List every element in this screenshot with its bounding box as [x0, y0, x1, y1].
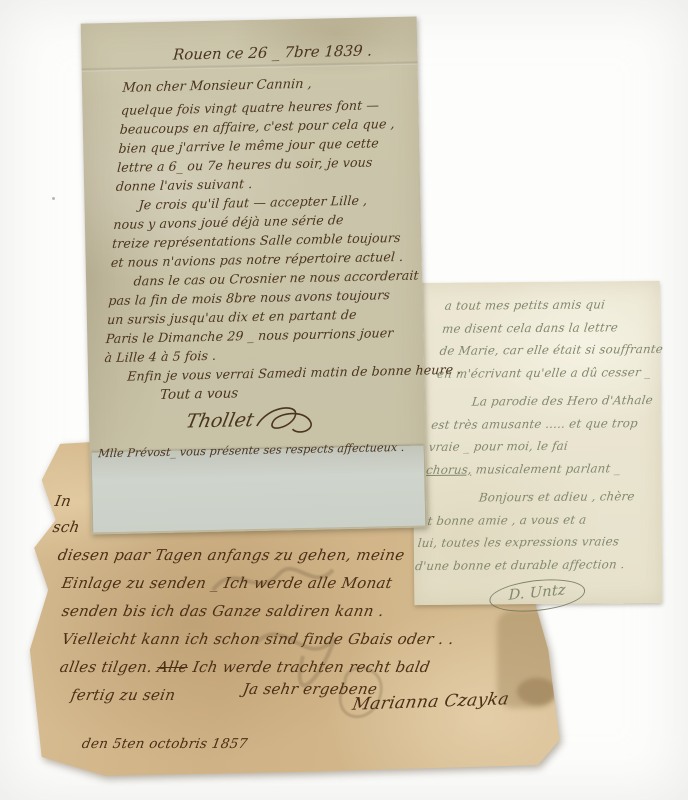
- letter-body: Rouen ce 26 _ 7bre 1839 . Mon cher Monsi…: [98, 40, 421, 460]
- letter-dateline: den 5ten octobris 1857: [81, 736, 249, 752]
- letter-body: a tout mes petits amis qui me disent cel…: [410, 293, 675, 612]
- letter-line-fragment: In: [53, 492, 72, 510]
- letter-line: vraie _ pour moi, le fai: [427, 434, 659, 459]
- letter-line: me disent cela dans la lettre: [441, 315, 673, 340]
- letter-line: a tout mes petits amis qui: [444, 293, 676, 318]
- letter-line: La parodie des Hero d'Athale: [433, 389, 665, 414]
- letter-line: lui, toutes les expressions vraies: [417, 530, 649, 555]
- letter-line: est très amusante ..... et que trop: [430, 411, 662, 436]
- letter-french-rouen-1839: Rouen ce 26 _ 7bre 1839 . Mon cher Monsi…: [81, 17, 428, 535]
- letter-line: chorus, musicalement parlant _: [425, 456, 657, 481]
- signature-row: D. Untz: [488, 579, 642, 611]
- letter-line-part: alles tilgen.: [58, 658, 159, 676]
- letter-dateline: Rouen ce 26 _ 7bre 1839 .: [124, 40, 421, 64]
- signature: D. Untz: [489, 576, 585, 615]
- letter-line: en m'écrivant qu'elle a dû cesser _: [436, 360, 668, 385]
- letter-french-cream: a tout mes petits amis qui me disent cel…: [412, 281, 663, 605]
- letter-salutation: Mon cher Monsieur Cannin ,: [122, 75, 419, 96]
- letter-line: Vielleicht kann ich schon sind finde Gba…: [60, 630, 455, 648]
- letter-line-fragment: sch: [51, 518, 81, 536]
- signature-flourish-icon: [252, 401, 318, 438]
- ink-stain: [517, 678, 557, 705]
- signature-row: Thollet: [185, 399, 397, 439]
- letter-line: Bonjours et adieu , chère: [422, 485, 654, 510]
- letter-line: de Marie, car elle était si souffrante: [438, 338, 670, 363]
- letter-line: diesen paar Tagen anfangs zu gehen, mein…: [56, 546, 406, 564]
- photograph-background: In sch diesen paar Tagen anfangs zu gehe…: [0, 0, 688, 800]
- letter-line: Einlage zu senden _ Ich werde alle Monat: [60, 574, 393, 592]
- letter-line: fertig zu sein: [69, 686, 177, 704]
- letter-line-part: Ich werde trachten recht bald: [191, 658, 431, 676]
- struck-word: Alle: [156, 658, 190, 676]
- letter-line: alles tilgen. Alle Ich werde trachten re…: [58, 658, 431, 676]
- signature: Thollet: [184, 409, 256, 433]
- letter-line: et bonne amie , a vous et a: [419, 508, 651, 533]
- underlined-word: chorus,: [425, 462, 472, 476]
- dust-speck: [52, 197, 55, 200]
- signature: Marianna Czayka: [351, 689, 511, 714]
- letter-line-part: musicalement parlant _: [475, 461, 621, 476]
- letter-line: d'une bonne et durable affection .: [414, 553, 646, 578]
- letter-line: senden bis ich das Ganze saldiren kann .: [60, 602, 385, 620]
